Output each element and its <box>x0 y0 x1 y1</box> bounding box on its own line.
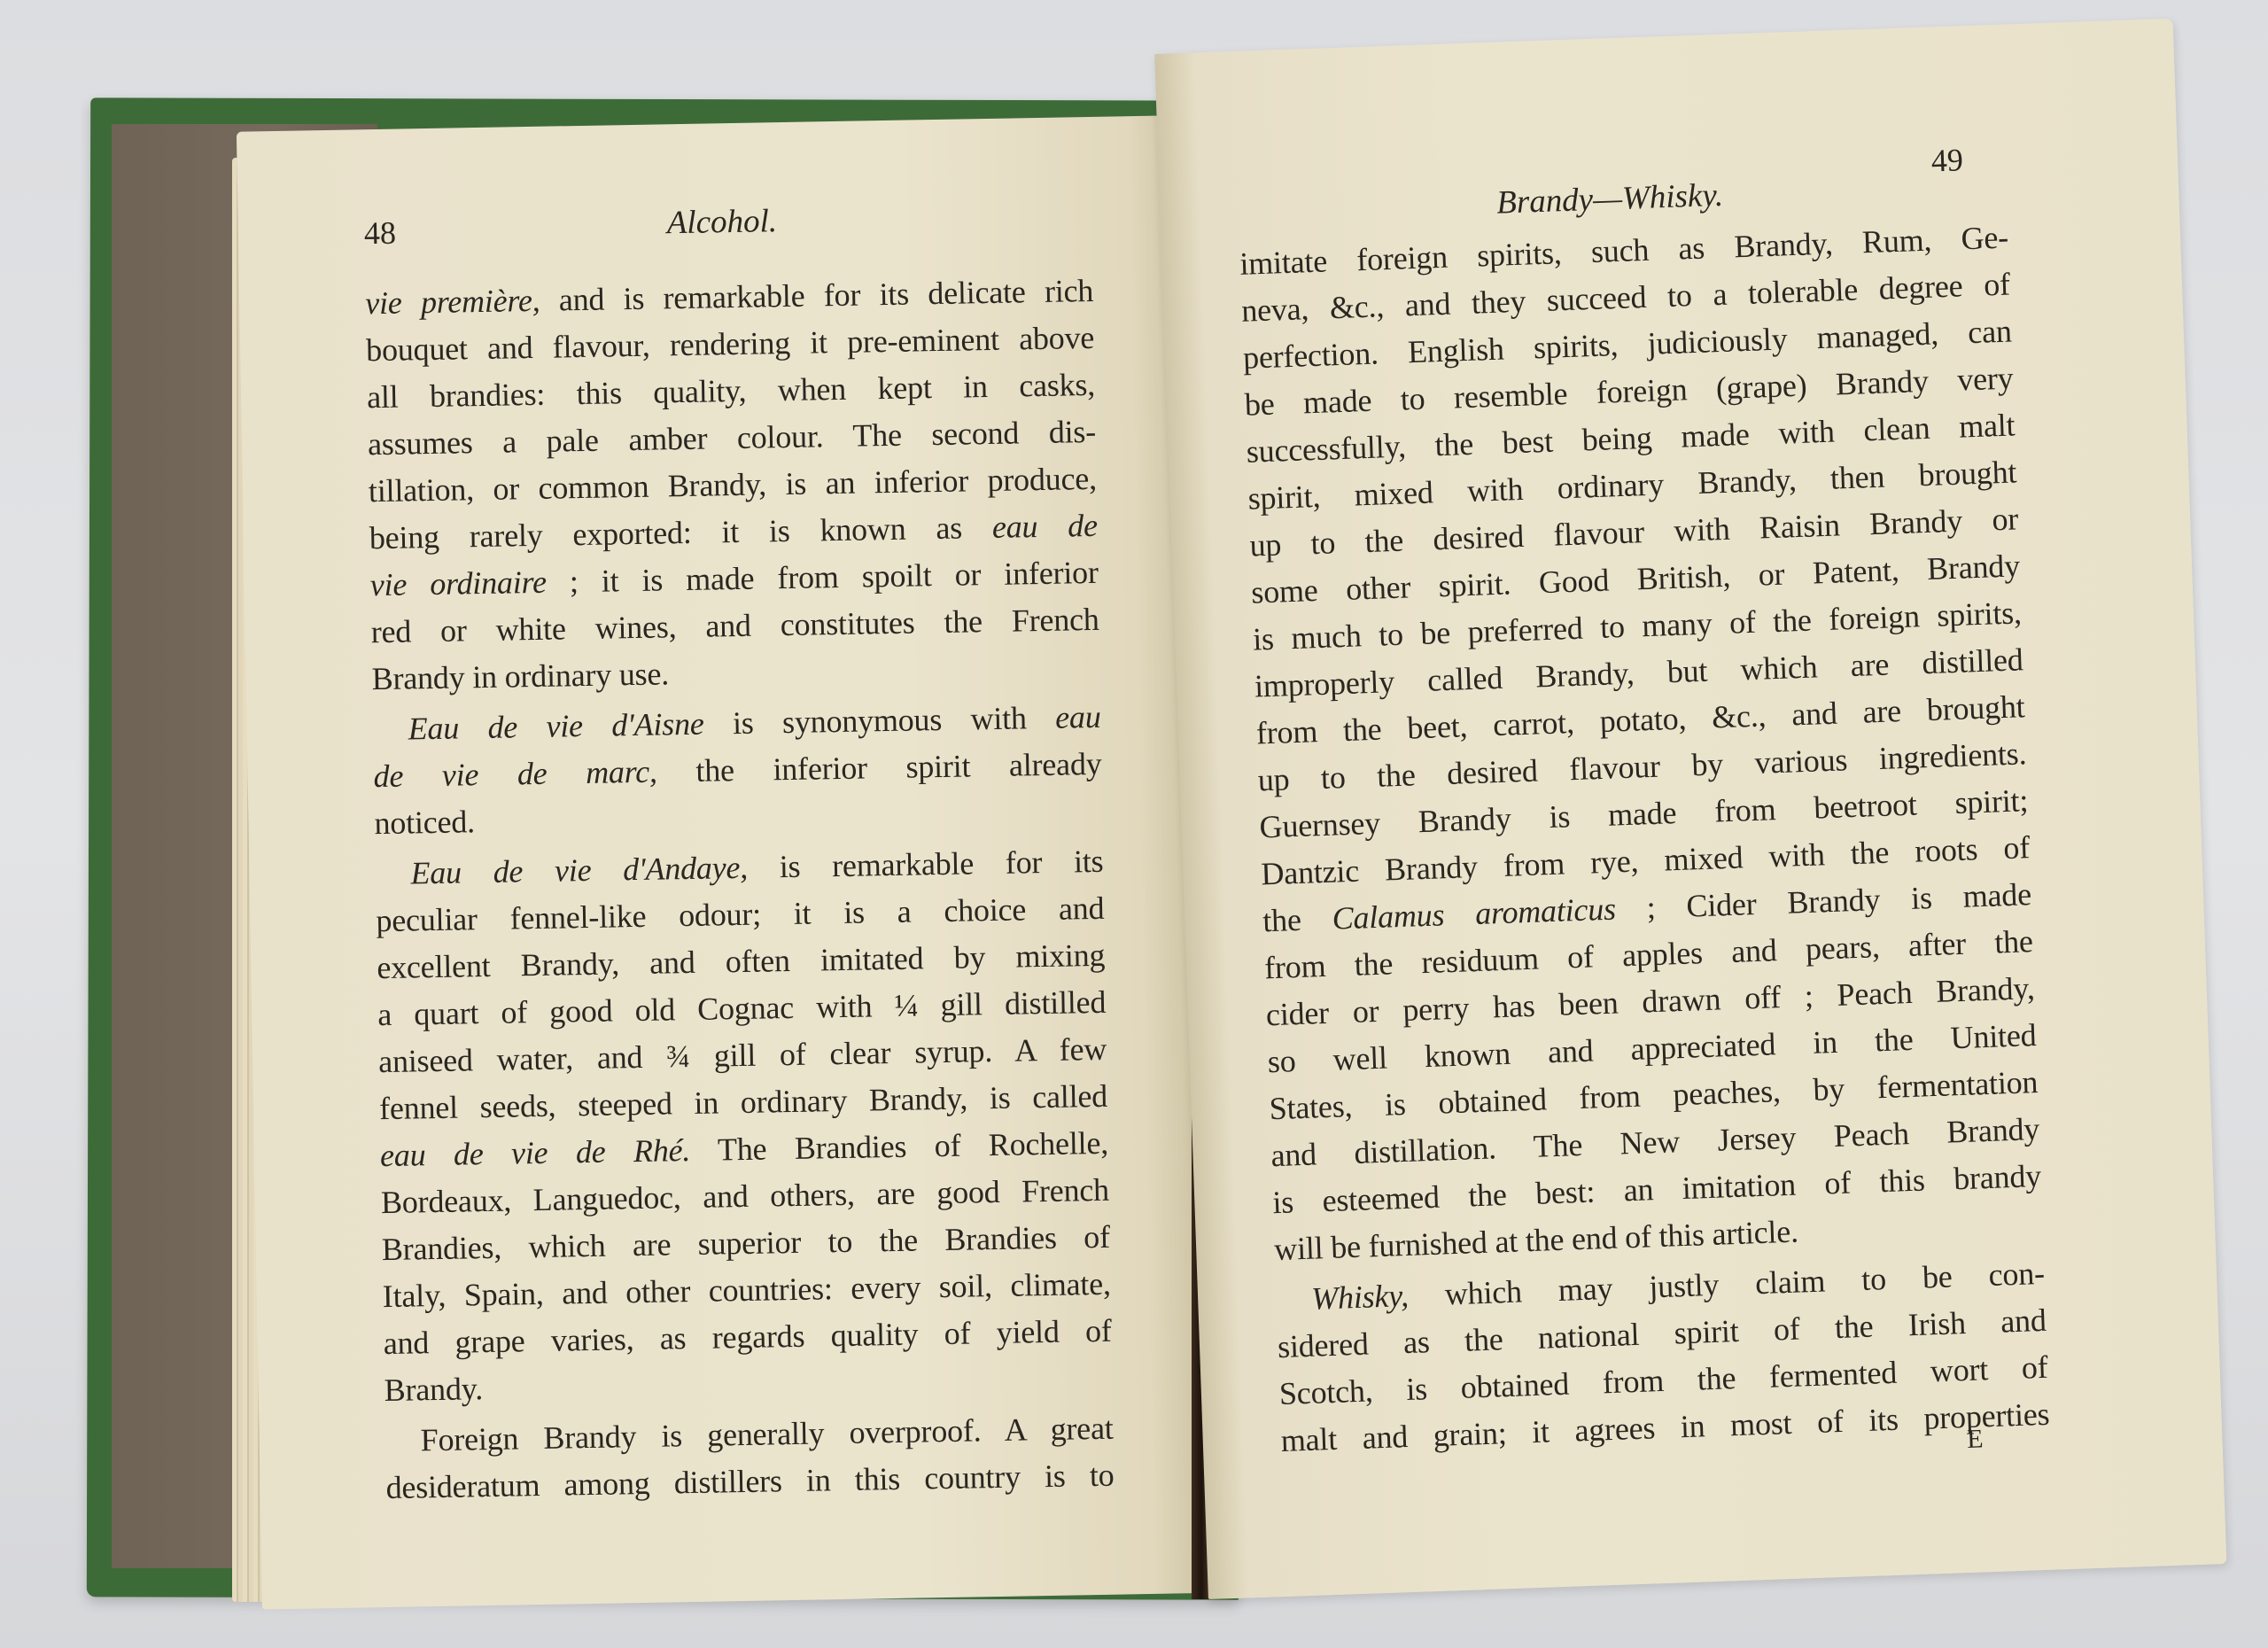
italic-term: Eau de vie d'Aisne <box>408 706 704 747</box>
italic-term: vie première, <box>365 283 540 321</box>
text-run: and is remarkable for its delicate rich <box>540 273 1093 318</box>
text-run: being rarely exported: it is known as <box>369 509 993 556</box>
text-run: Brandy. <box>384 1371 483 1408</box>
text-run: tillation, or common Brandy, is an infer… <box>369 461 1098 509</box>
italic-term: Calamus aromaticus <box>1332 890 1616 936</box>
italic-term: Whisky, <box>1311 1278 1410 1317</box>
text-run: fennel seeds, steeped in ordinary Brandy… <box>379 1078 1108 1126</box>
text-run: assumes a pale amber colour. The second … <box>368 414 1097 462</box>
body-text: imitate foreign spirits, such as Brandy,… <box>1239 214 2051 1465</box>
text-run: ; Cider Brandy is made <box>1615 876 2031 926</box>
italic-term: eau de <box>992 508 1099 545</box>
text-run: bouquet and flavour, rendering it pre-em… <box>366 320 1095 368</box>
text-run: ; it is made from spoilt or inferior <box>546 555 1099 600</box>
page-number: 49 <box>1930 141 1963 179</box>
body-text: vie première, and is remarkable for its … <box>365 268 1115 1512</box>
text-run: excellent Brandy, and often imitated by … <box>377 937 1106 985</box>
left-page: 48 Alcohol. vie première, and is remarka… <box>237 115 1201 1609</box>
text-run: aniseed water, and ¾ gill of clear syrup… <box>378 1031 1107 1079</box>
text-run: Foreign Brandy is generally overproof. A… <box>420 1411 1114 1458</box>
text-run: a quart of good old Cognac with ¼ gill d… <box>377 984 1107 1032</box>
running-head: Alcohol. <box>666 202 777 242</box>
text-run: Brandy in ordinary use. <box>371 656 669 696</box>
right-page: Brandy—Whisky. 49 imitate foreign spirit… <box>1154 19 2226 1599</box>
text-run: is synonymous with <box>703 700 1055 742</box>
text-run: is remarkable for its <box>748 843 1104 885</box>
text-run: Brandies, which are superior to the Bran… <box>382 1219 1111 1267</box>
text-run: the inferior spirit already <box>656 746 1101 789</box>
italic-term: de vie de marc, <box>373 754 657 795</box>
text-run: The Brandies of Rochelle, <box>690 1125 1109 1168</box>
text-run: red or white wines, and constitutes the … <box>370 602 1099 649</box>
text-run: Bordeaux, Languedoc, and others, are goo… <box>381 1172 1110 1220</box>
italic-term: eau <box>1055 699 1101 735</box>
text-run: all brandies: this quality, when kept in… <box>367 367 1096 415</box>
text-run: peculiar fennel-like odour; it is a choi… <box>376 890 1105 938</box>
text-run: desideratum among distillers in this cou… <box>385 1458 1115 1505</box>
text-run: noticed. <box>374 804 475 841</box>
italic-term: eau de vie de Rhé. <box>380 1132 691 1173</box>
italic-term: Eau de vie d'Andaye, <box>410 850 748 891</box>
running-head: Brandy—Whisky. <box>1495 176 1723 222</box>
text-run: the <box>1262 901 1333 939</box>
text-run: and grape varies, as regards quality of … <box>383 1313 1112 1361</box>
page-number: 48 <box>364 214 397 253</box>
italic-term: vie ordinaire <box>369 564 547 602</box>
signature-mark: E <box>1967 1424 1984 1455</box>
text-run: Italy, Spain, and other countries: every… <box>382 1266 1111 1314</box>
